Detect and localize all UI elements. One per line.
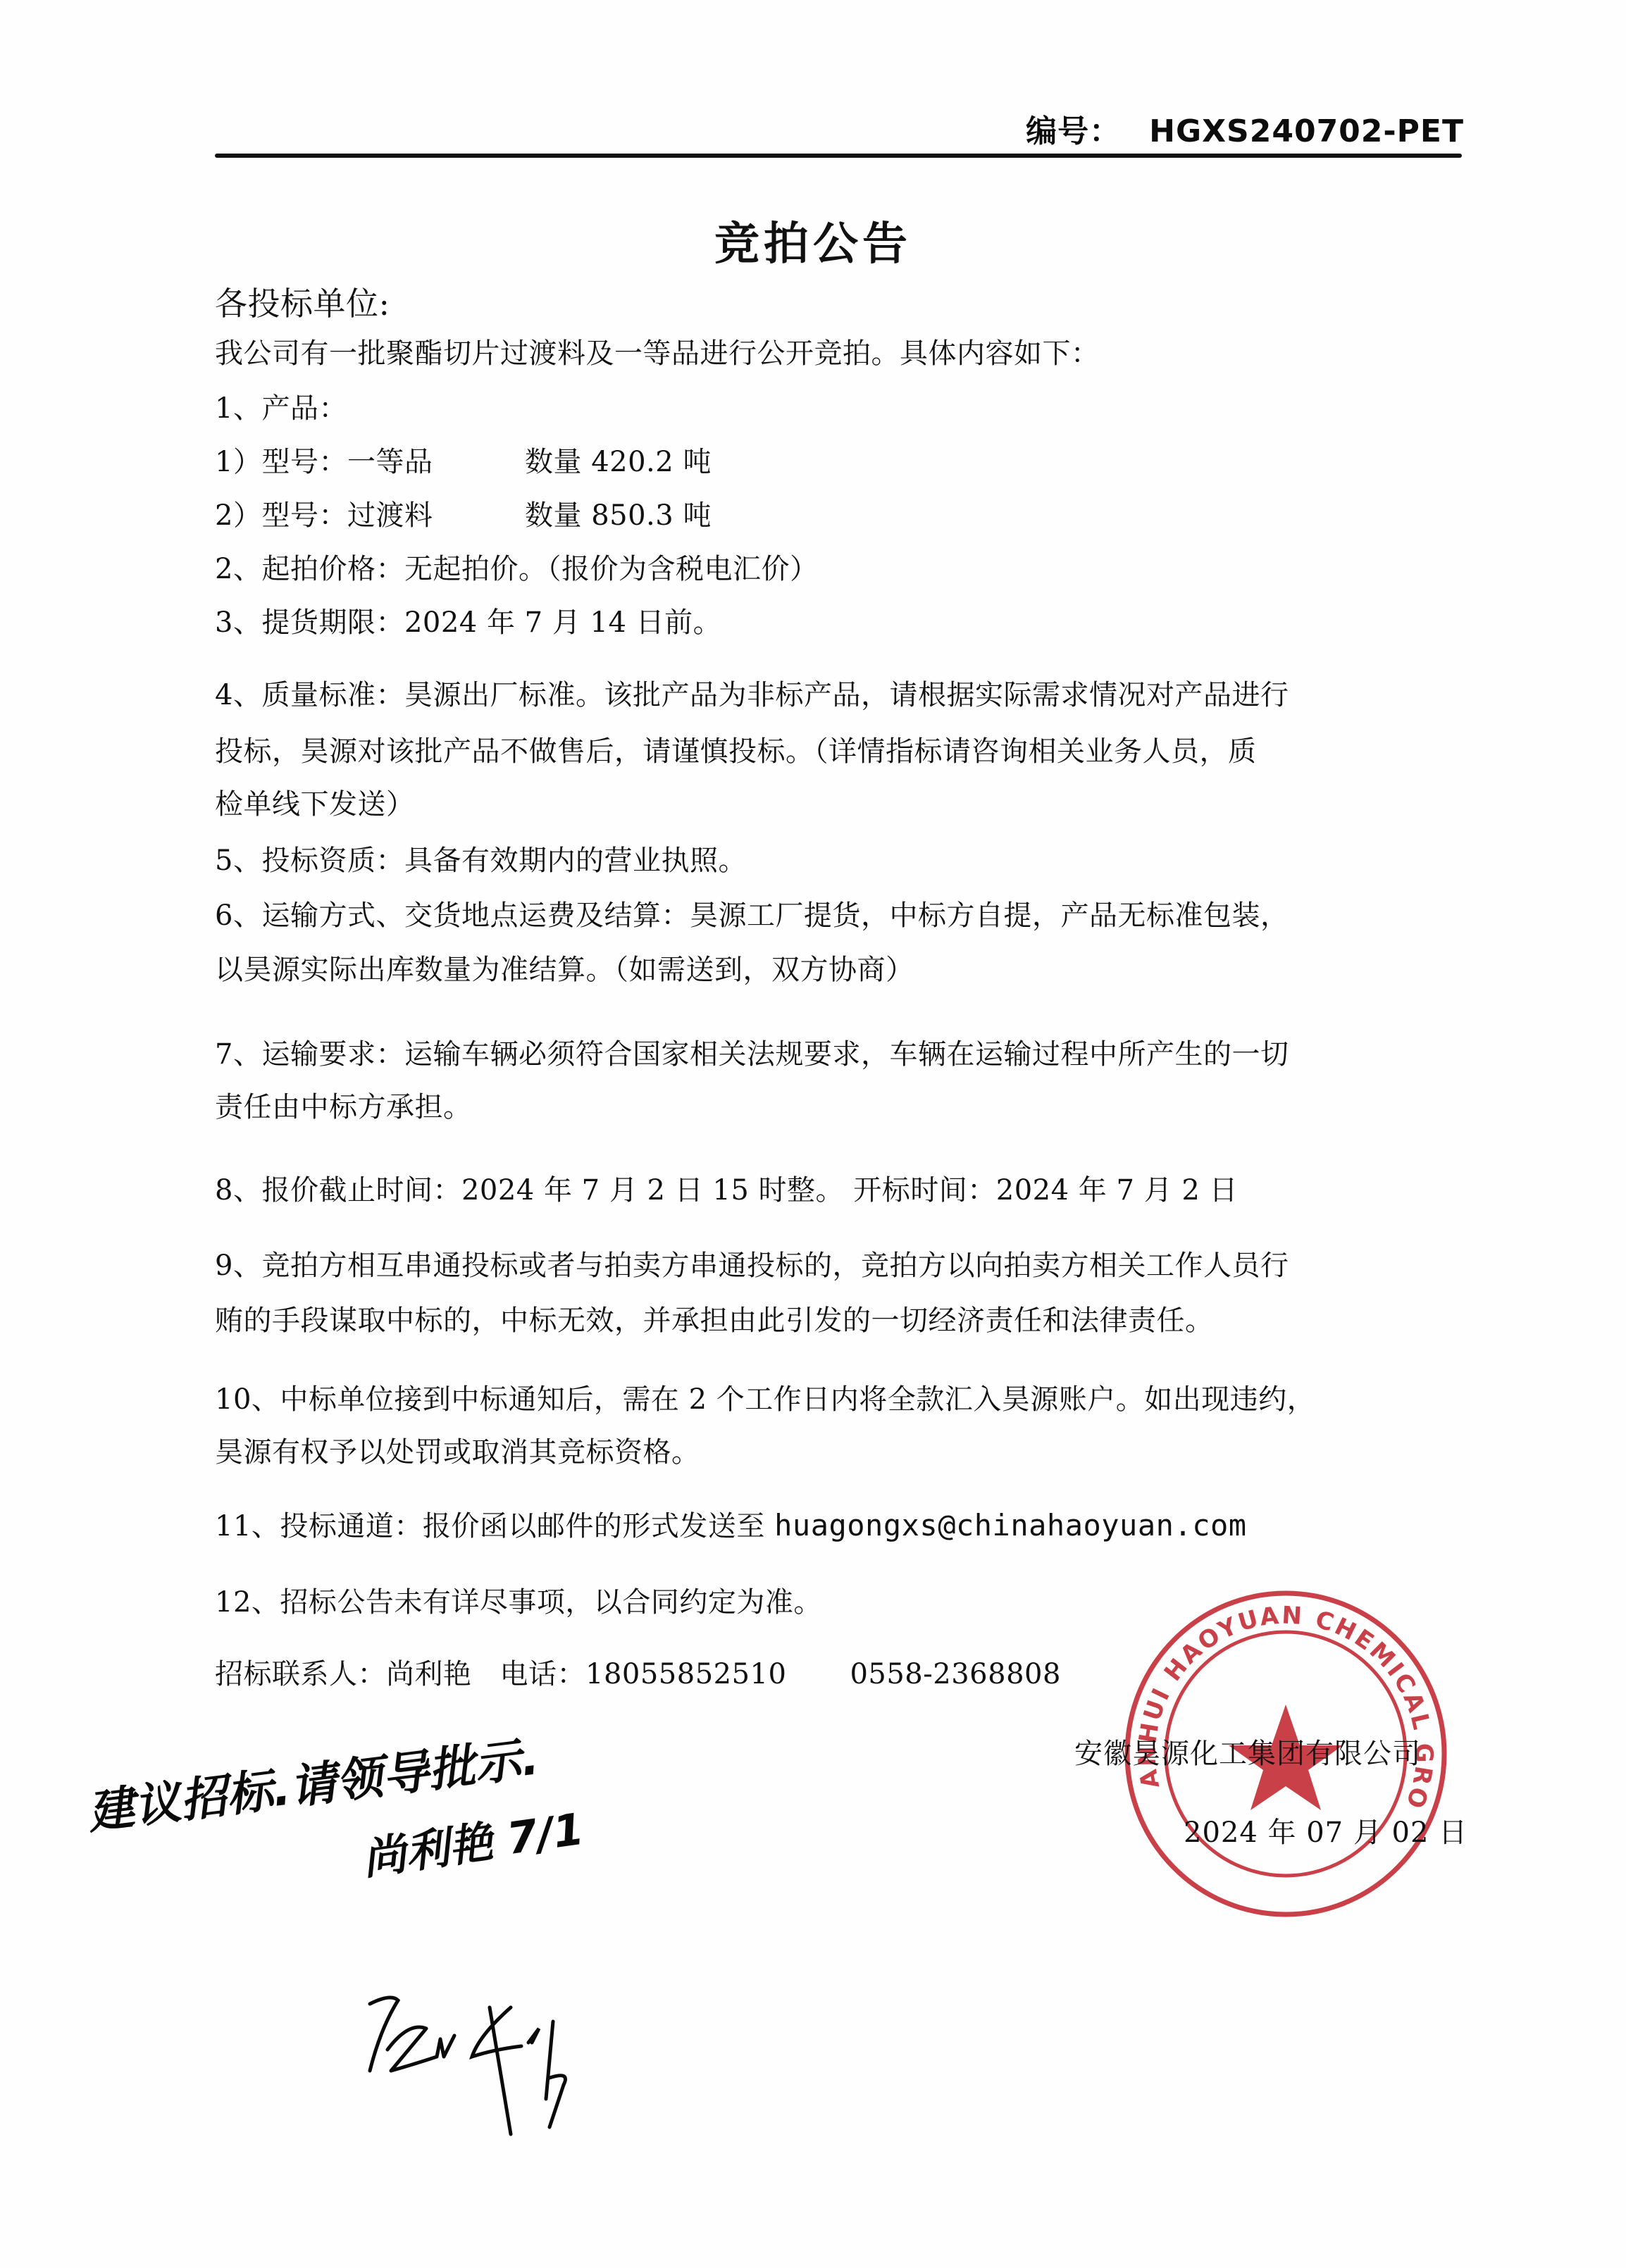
section-8-deadline: 8、报价截止时间：2024 年 7 月 2 日 15 时整。 开标时间：2024… (215, 1168, 1238, 1208)
product-quantity: 数量 420.2 吨 (525, 446, 712, 478)
section-4-quality-cont: 检单线下发送） (215, 782, 415, 822)
product-model: 2）型号：过渡料 (215, 493, 525, 533)
intro-paragraph: 我公司有一批聚酯切片过渡料及一等品进行公开竞拍。具体内容如下： (215, 331, 1100, 371)
section-11-channel: 11、投标通道：报价函以邮件的形式发送至 huagongxs@chinahaoy… (215, 1504, 1247, 1544)
section-10-payment-cont: 昊源有权予以处罚或取消其竞标资格。 (215, 1430, 700, 1470)
contact-line: 招标联系人：尚利艳电话：180558525100558-2368808 (215, 1652, 1061, 1692)
document-number-value: HGXS240702-PET (1149, 113, 1464, 149)
issue-date: 2024 年 07 月 02 日 (1184, 1810, 1467, 1850)
product-model: 1）型号：一等品 (215, 440, 525, 480)
section-7-requirements-cont: 责任由中标方承担。 (215, 1085, 472, 1125)
section-6-transport-cont: 以昊源实际出库数量为准结算。（如需送到，双方协商） (215, 947, 914, 987)
product-row: 1）型号：一等品数量 420.2 吨 (215, 440, 712, 480)
section-9-collusion: 9、竞拍方相互串通投标或者与拍卖方串通投标的，竞拍方以向拍卖方相关工作人员行 (215, 1243, 1289, 1283)
document-number: 编号：HGXS240702-PET (1026, 106, 1464, 151)
section-9-collusion-cont: 贿的手段谋取中标的，中标无效，并承担由此引发的一切经济责任和法律责任。 (215, 1298, 1214, 1338)
product-quantity: 数量 850.3 吨 (525, 499, 712, 532)
contact-phone: 电话：18055852510 (500, 1658, 787, 1690)
handwritten-signer: 尚利艳 7/1 (358, 1794, 588, 1887)
document-number-label: 编号： (1026, 113, 1121, 149)
section-7-requirements: 7、运输要求：运输车辆必须符合国家相关法规要求，车辆在运输过程中所产生的一切 (215, 1032, 1289, 1072)
page-title: 竞拍公告 (0, 208, 1626, 273)
bid-email-link[interactable]: huagongxs@chinahaoyuan.com (774, 1508, 1246, 1543)
section-5-qualification: 5、投标资质：具备有效期内的营业执照。 (215, 838, 747, 878)
section-12-other: 12、招标公告未有详尽事项，以合同约定为准。 (215, 1580, 822, 1620)
section-4-quality: 4、质量标准：昊源出厂标准。该批产品为非标产品，请根据实际需求情况对产品进行 (215, 673, 1289, 713)
section-3-pickup: 3、提货期限：2024 年 7 月 14 日前。 (215, 600, 721, 640)
section-6-transport: 6、运输方式、交货地点运费及结算：昊源工厂提货，中标方自提，产品无标准包装， (215, 893, 1289, 933)
section-11-text: 11、投标通道：报价函以邮件的形式发送至 (215, 1510, 774, 1543)
product-row: 2）型号：过渡料数量 850.3 吨 (215, 493, 712, 533)
header-rule (215, 154, 1462, 158)
greeting: 各投标单位: (215, 278, 390, 325)
section-1-heading: 1、产品： (215, 386, 347, 426)
section-2-price: 2、起拍价格：无起拍价。（报价为含税电汇价） (215, 547, 818, 587)
contact-phone-2: 0558-2368808 (850, 1658, 1060, 1690)
section-10-payment: 10、中标单位接到中标通知后，需在 2 个工作日内将全款汇入昊源账户。如出现违约… (215, 1377, 1315, 1417)
signature-icon (359, 1972, 599, 2155)
section-4-quality-cont: 投标，昊源对该批产品不做售后，请谨慎投标。（详情指标请咨询相关业务人员，质 (215, 729, 1257, 769)
issuer-company: 安徽昊源化工集团有限公司 (1074, 1731, 1421, 1771)
contact-person: 招标联系人：尚利艳 (215, 1658, 472, 1690)
